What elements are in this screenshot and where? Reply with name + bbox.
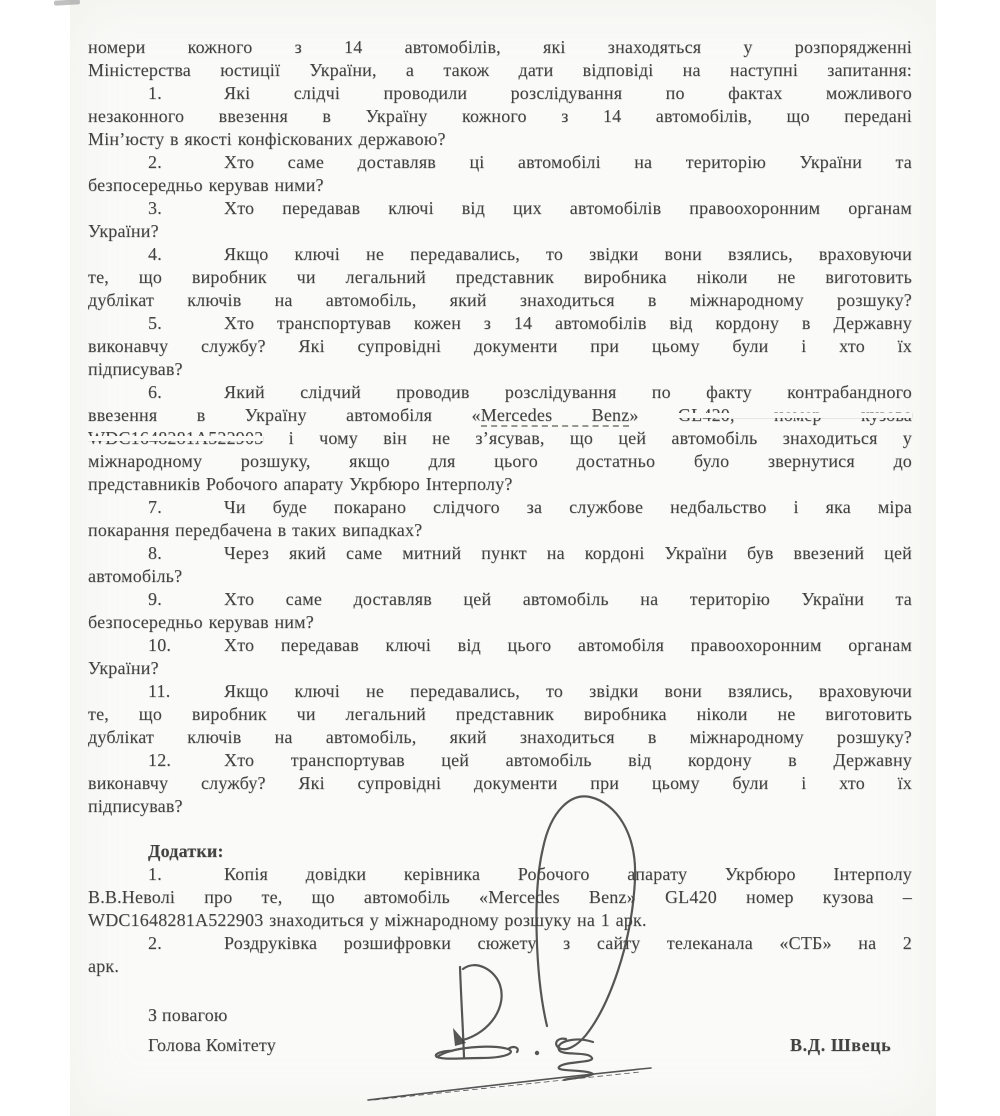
text-line: підписував? bbox=[88, 358, 912, 381]
text-line: 2.Хто саме доставляв ці автомобілі на те… bbox=[88, 151, 912, 174]
text-line: WDC1648281A522903 і чому він не з’ясував… bbox=[88, 427, 912, 450]
text-line: 1.Копія довідки керівника Робочого апара… bbox=[88, 863, 912, 886]
text-segment: те, що виробник чи легальний представник… bbox=[88, 267, 912, 287]
text-segment: Хто транспортував кожен з 14 автомобілів… bbox=[224, 313, 912, 333]
text-segment: України? bbox=[88, 658, 159, 678]
item-number: 1. bbox=[148, 863, 224, 886]
text-segment: номери кожного з 14 автомобілів, які зна… bbox=[88, 37, 912, 57]
text-line: виконавчу службу? Які супровідні докумен… bbox=[88, 772, 912, 795]
text-segment: Копія довідки керівника Робочого апарату… bbox=[224, 864, 912, 884]
text-segment: Мін’юсту в якості конфіскованих державою… bbox=[88, 129, 446, 149]
text-line: 5.Хто транспортував кожен з 14 автомобіл… bbox=[88, 312, 912, 335]
text-line: 9.Хто саме доставляв цей автомобіль на т… bbox=[88, 588, 912, 611]
underlined-text: Mercedes Benz bbox=[481, 405, 630, 427]
text-segment: покарання передбачена в таких випадках? bbox=[88, 520, 422, 540]
item-number: 6. bbox=[148, 381, 224, 404]
text-segment: ввезення в Україну автомобіля « bbox=[88, 405, 481, 425]
text-segment: WDC1648281A522903 знаходиться у міжнарод… bbox=[88, 910, 647, 930]
text-segment: виконавчу службу? Які супровідні докумен… bbox=[88, 336, 912, 356]
text-line: 6.Який слідчий проводив розслідування по… bbox=[88, 381, 912, 404]
text-line: незаконного ввезення в Україну кожного з… bbox=[88, 105, 912, 128]
text-line: дублікат ключів на автомобіль, який знах… bbox=[88, 726, 912, 749]
item-number: 7. bbox=[148, 496, 224, 519]
scanned-document-page: номери кожного з 14 автомобілів, які зна… bbox=[0, 0, 1000, 1116]
attachments-section: Додатки: 1.Копія довідки керівника Робоч… bbox=[88, 840, 912, 978]
text-segment: Хто саме доставляв ці автомобілі на тери… bbox=[224, 152, 912, 172]
text-segment: підписував? bbox=[88, 796, 183, 816]
text-segment: і чому він не з’ясував, що цей автомобіл… bbox=[263, 428, 912, 448]
text-segment: Якщо ключі не передавались, то звідки во… bbox=[224, 244, 912, 264]
text-segment: виконавчу службу? Які супровідні докумен… bbox=[88, 773, 912, 793]
text-line: 1.Які слідчі проводили розслідування по … bbox=[88, 82, 912, 105]
text-segment: дублікат ключів на автомобіль, який знах… bbox=[88, 727, 912, 747]
item-number: 11. bbox=[148, 680, 224, 703]
text-line: міжнародному розшуку, якщо для цього дос… bbox=[88, 450, 912, 473]
text-segment: підписував? bbox=[88, 359, 183, 379]
text-line: WDC1648281A522903 знаходиться у міжнарод… bbox=[88, 909, 912, 932]
signer-name: В.Д. Швець bbox=[790, 1033, 891, 1057]
text-line: 3.Хто передавав ключі від цих автомобілі… bbox=[88, 197, 912, 220]
item-number: 10. bbox=[148, 634, 224, 657]
text-segment: Якщо ключі не передавались, то звідки во… bbox=[224, 681, 912, 701]
text-segment: міжнародному розшуку, якщо для цього дос… bbox=[88, 451, 912, 471]
text-line: 8.Через який саме митний пункт на кордон… bbox=[88, 542, 912, 565]
text-segment: України? bbox=[88, 221, 159, 241]
text-line: дублікат ключів на автомобіль, який знах… bbox=[88, 289, 912, 312]
attachments-heading: Додатки: bbox=[88, 840, 912, 863]
closing-row: Голова Комітету В.Д. Швець bbox=[148, 1033, 912, 1057]
text-line: безпосередньо керував ним? bbox=[88, 611, 912, 634]
text-segment: Роздруківка розшифровки сюжету з сайту т… bbox=[224, 933, 912, 953]
text-segment: Через який саме митний пункт на кордоні … bbox=[224, 543, 912, 563]
text-line: виконавчу службу? Які супровідні докумен… bbox=[88, 335, 912, 358]
text-line: Міністерства юстиції України, а також да… bbox=[88, 59, 912, 82]
text-line: безпосередньо керував ними? bbox=[88, 174, 912, 197]
item-number: 5. bbox=[148, 312, 224, 335]
item-number: 2. bbox=[148, 932, 224, 955]
item-number: 9. bbox=[148, 588, 224, 611]
text-line: номери кожного з 14 автомобілів, які зна… bbox=[88, 36, 912, 59]
text-segment: безпосередньо керував ним? bbox=[88, 612, 314, 632]
text-line: ввезення в Україну автомобіля «Mercedes … bbox=[88, 404, 912, 427]
whiteout-struck-text: WDC1648281A522903 bbox=[88, 428, 263, 448]
text-segment: Чи буде покарано слідчого за службове не… bbox=[224, 497, 912, 517]
text-segment: Який слідчий проводив розслідування по ф… bbox=[224, 382, 912, 402]
text-line: 11.Якщо ключі не передавались, то звідки… bbox=[88, 680, 912, 703]
text-line: України? bbox=[88, 657, 912, 680]
text-line: 12.Хто транспортував цей автомобіль від … bbox=[88, 749, 912, 772]
text-line: 10.Хто передавав ключі від цього автомоб… bbox=[88, 634, 912, 657]
text-line: В.В.Неволі про те, що автомобіль «Merced… bbox=[88, 886, 912, 909]
text-segment: незаконного ввезення в Україну кожного з… bbox=[88, 106, 912, 126]
whiteout-struck-text: GL420, номер кузова bbox=[678, 405, 912, 425]
item-number: 1. bbox=[148, 82, 224, 105]
text-line: Мін’юсту в якості конфіскованих державою… bbox=[88, 128, 912, 151]
text-segment: представників Робочого апарату Укрбюро І… bbox=[88, 474, 513, 494]
text-segment: Які слідчі проводили розслідування по фа… bbox=[224, 83, 912, 103]
text-segment: » bbox=[629, 405, 678, 425]
text-segment: автомобіль? bbox=[88, 566, 182, 586]
item-number: 12. bbox=[148, 749, 224, 772]
text-line: 7.Чи буде покарано слідчого за службове … bbox=[88, 496, 912, 519]
text-line: те, що виробник чи легальний представник… bbox=[88, 266, 912, 289]
text-segment: Хто передавав ключі від цих автомобілів … bbox=[224, 198, 912, 218]
signer-title: Голова Комітету bbox=[148, 1035, 276, 1055]
text-segment: Хто саме доставляв цей автомобіль на тер… bbox=[224, 589, 912, 609]
text-segment: Хто передавав ключі від цього автомобіля… bbox=[224, 635, 912, 655]
text-line: автомобіль? bbox=[88, 565, 912, 588]
item-number: 8. bbox=[148, 542, 224, 565]
text-segment: дублікат ключів на автомобіль, який знах… bbox=[88, 290, 912, 310]
item-number: 3. bbox=[148, 197, 224, 220]
item-number: 2. bbox=[148, 151, 224, 174]
text-segment: безпосередньо керував ними? bbox=[88, 175, 324, 195]
text-segment: Міністерства юстиції України, а також да… bbox=[88, 60, 912, 80]
text-segment: те, що виробник чи легальний представник… bbox=[88, 704, 912, 724]
text-line: 2.Роздруківка розшифровки сюжету з сайту… bbox=[88, 932, 912, 955]
text-line: представників Робочого апарату Укрбюро І… bbox=[88, 473, 912, 496]
text-line: підписував? bbox=[88, 795, 912, 818]
document-body: номери кожного з 14 автомобілів, які зна… bbox=[88, 36, 912, 818]
text-line: 4.Якщо ключі не передавались, то звідки … bbox=[88, 243, 912, 266]
text-line: те, що виробник чи легальний представник… bbox=[88, 703, 912, 726]
text-segment: арк. bbox=[88, 956, 119, 976]
text-line: України? bbox=[88, 220, 912, 243]
text-line: покарання передбачена в таких випадках? bbox=[88, 519, 912, 542]
closing-salutation: З повагою bbox=[148, 1003, 228, 1027]
item-number: 4. bbox=[148, 243, 224, 266]
text-segment: В.В.Неволі про те, що автомобіль «Merced… bbox=[88, 887, 912, 907]
text-segment: Хто транспортував цей автомобіль від кор… bbox=[224, 750, 912, 770]
attachments-list: 1.Копія довідки керівника Робочого апара… bbox=[88, 863, 912, 978]
text-line: арк. bbox=[88, 955, 912, 978]
